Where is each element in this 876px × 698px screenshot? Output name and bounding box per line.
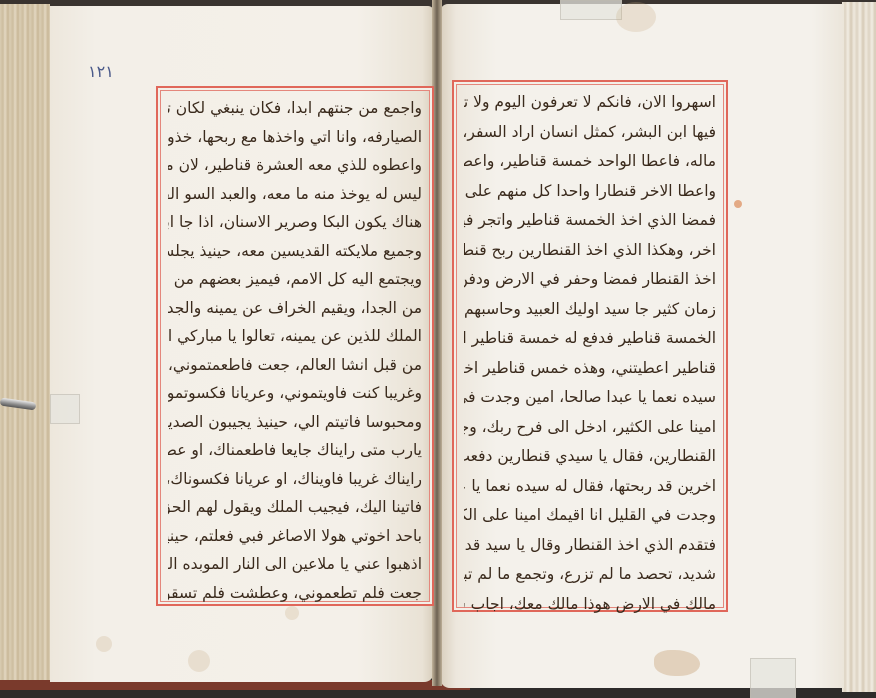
text-line: الصيارفه، وانا اتي واخذها مع ربحها، خذوا… (168, 123, 422, 152)
text-line: سيده نعما يا عبدا صالحا، امين وجدت في ال… (464, 383, 716, 413)
text-line: وجميع ملايكته القديسين معه، حينيذ يجلس ع… (168, 237, 422, 266)
text-line: اخذ القنطار فمضا وحفر في الارض ودفن فضة … (464, 265, 716, 295)
text-line: وغريبا كنت فاويتموني، وعريانا فكسوتموني،… (168, 379, 422, 408)
text-line: مالك في الارض هوذا مالك معك، اجاب سيده و… (464, 590, 716, 620)
folio-number: ١٢١ (88, 62, 114, 81)
text-line: اخر، وهكذا الذي اخذ القنطارين ربح قنطاري… (464, 236, 716, 266)
tape-bottom (750, 658, 796, 698)
text-line: يارب متى رايناك جايعا فاطعمناك، او عطشان… (168, 436, 422, 465)
text-line: الملك للذين عن يمينه، تعالوا يا مباركي ا… (168, 322, 422, 351)
text-line: هناك يكون البكا وصرير الاسنان، اذا جا اب… (168, 208, 422, 237)
text-line: من قبل انشا العالم، جعت فاطعمتموني، وعطش… (168, 351, 422, 380)
manuscript-photo: ١٢١ واجمع من جنتهم ابدا، فكان ينبغي لكان… (0, 0, 876, 698)
stain (654, 650, 700, 676)
text-line: اخرين قد ربحتها، فقال له سيده نعما يا عب… (464, 472, 716, 502)
text-line: جعت فلم تطعموني، وعطشت فلم تسقوني، وغريب… (168, 579, 422, 608)
text-line: امينا على الكثير، ادخل الى فرح ربك، وجا … (464, 413, 716, 443)
text-line: ومحبوسا فاتيتم الي، حينيذ يجيبون الصديقي… (168, 408, 422, 437)
text-line: ليس له يوخذ منه ما معه، والعبد السو القو… (168, 180, 422, 209)
left-text-block: واجمع من جنتهم ابدا، فكان ينبغي لكان تجع… (156, 86, 434, 606)
text-line: فتقدم الذي اخذ القنطار وقال يا سيد قد عر… (464, 531, 716, 561)
right-text-block: اسهروا الان، فانكم لا تعرفون اليوم ولا ت… (452, 80, 728, 612)
text-line: واعطوه للذي معه العشرة قناطير، لان من له… (168, 151, 422, 180)
text-line: اذهبوا عني يا ملاعين الى النار الموبده ا… (168, 550, 422, 579)
text-line: فيها ابن البشر، كمثل انسان اراد السفر، ف… (464, 118, 716, 148)
stain (188, 650, 210, 672)
stain (734, 200, 742, 208)
stain (616, 2, 656, 32)
text-line: اسهروا الان، فانكم لا تعرفون اليوم ولا ت… (464, 88, 716, 118)
text-line: فمضا الذي اخذ الخمسة قناطير واتجر فيها، … (464, 206, 716, 236)
text-line: الخمسة قناطير فدفع له خمسة قناطير اخر قا… (464, 324, 716, 354)
text-line: زمان كثير جا سيد اوليك العبيد وحاسبهم، ف… (464, 295, 716, 325)
stain (96, 636, 112, 652)
text-line: ماله، فاعطا الواحد خمسة قناطير، واعطا ال… (464, 147, 716, 177)
text-line: باحد اخوتي هولا الاصاغر فبي فعلتم، حينيذ… (168, 522, 422, 551)
text-line: قناطير اعطيتني، وهذه خمس قناطير اخر ربحت… (464, 354, 716, 384)
text-line: فاتينا اليك، فيجيب الملك ويقول لهم الحق … (168, 493, 422, 522)
text-line: القنطارين، فقال يا سيدي قنطارين دفعت الي… (464, 442, 716, 472)
tape-left (50, 394, 80, 424)
left-fore-edge (0, 4, 50, 680)
tape-top (560, 0, 622, 20)
text-line: شديد، تحصد ما لم تزرع، وتجمع ما لم تبدر،… (464, 560, 716, 590)
text-line: رايناك غريبا فاويناك، او عريانا فكسوناك،… (168, 465, 422, 494)
text-line: ويجتمع اليه كل الامم، فيميز بعضهم من بعض… (168, 265, 422, 294)
right-fore-edge (842, 2, 876, 692)
text-line: واجمع من جنتهم ابدا، فكان ينبغي لكان تجع… (168, 94, 422, 123)
text-line: وجدت في القليل انا اقيمك امينا على الكثي… (464, 501, 716, 531)
text-line: من الجدا، ويقيم الخراف عن يمينه والجدا ع… (168, 294, 422, 323)
text-line: واعطا الاخر قنطارا واحدا كل منهم على قدر… (464, 177, 716, 207)
stain (285, 606, 299, 620)
